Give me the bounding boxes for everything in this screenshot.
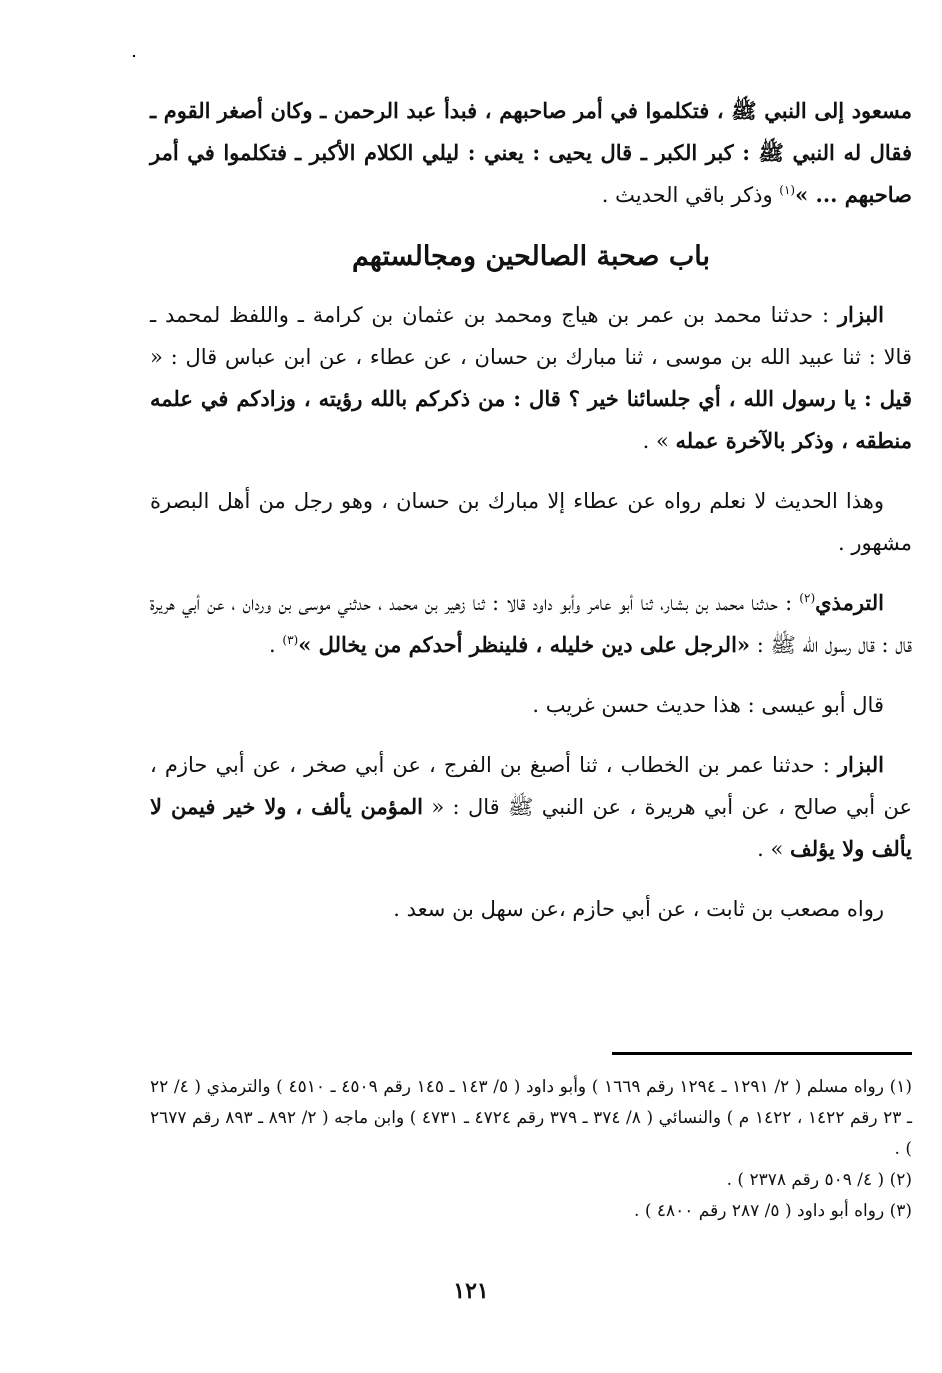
footnote-number: (١) <box>890 1077 912 1097</box>
footnote-ref-3[interactable]: (٣) <box>282 633 298 647</box>
paragraph-abu-isa: قال أبو عيسى : هذا حديث حسن غريب . <box>150 684 912 726</box>
chapter-heading: باب صحبة الصالحين ومجالستهم <box>150 234 912 280</box>
quote-tail: . <box>269 633 282 657</box>
paragraph-bazzar-1: البزار : حدثنا محمد بن عمر بن هياج ومحمد… <box>150 294 912 462</box>
footnote-2: (٢) ( ٤/ ٥٠٩ رقم ٢٣٧٨ ) . <box>150 1165 912 1196</box>
narration-note: رواه مصعب بن ثابت ، عن أبي حازم ،عن سهل … <box>393 897 884 921</box>
page-body: مسعود إلى النبي ﷺ ، فتكلموا في أمر صاحبه… <box>150 90 912 948</box>
opening-line-3-tail: وذكر باقي الحديث . <box>602 183 780 207</box>
footnotes: (١) رواه مسلم ( ٢/ ١٢٩١ ـ ١٢٩٤ رقم ١٦٦٩ … <box>150 1072 912 1227</box>
footnote-ref-1[interactable]: (١) <box>779 183 795 197</box>
quote-tail: » . <box>757 837 790 861</box>
quote-tail: » . <box>643 429 676 453</box>
speaker: الترمذي <box>815 590 884 615</box>
isnad-text: : حدثنا محمد بن عمر بن هياج ومحمد بن عثم… <box>150 303 912 369</box>
speaker: البزار <box>838 302 884 327</box>
paragraph-tirmidhi: الترمذي(٢) : حدثنا محمد بن بشار، ثنا أبو… <box>150 582 912 666</box>
comment-text: وهذا الحديث لا نعلم رواه عن عطاء إلا مبا… <box>150 489 912 555</box>
footnote-1: (١) رواه مسلم ( ٢/ ١٢٩١ ـ ١٢٩٤ رقم ١٦٦٩ … <box>150 1072 912 1165</box>
footnote-3: (٣) رواه أبو داود ( ٥/ ٢٨٧ رقم ٤٨٠٠ ) . <box>150 1196 912 1227</box>
paragraph-bazzar-2: البزار : حدثنا عمر بن الخطاب ، ثنا أصبغ … <box>150 744 912 870</box>
footnote-ref-2[interactable]: (٢) <box>799 591 815 605</box>
footnote-text: رواه أبو داود ( ٥/ ٢٨٧ رقم ٤٨٠٠ ) . <box>634 1201 884 1221</box>
grading-text: قال أبو عيسى : هذا حديث حسن غريب . <box>532 693 884 717</box>
page-number: ١٢١ <box>0 1278 942 1304</box>
footnote-divider <box>612 1052 912 1055</box>
footnote-text: رواه مسلم ( ٢/ ١٢٩١ ـ ١٢٩٤ رقم ١٦٦٩ ) وأ… <box>150 1077 912 1159</box>
speaker: البزار <box>838 752 884 777</box>
paragraph-bazzar-comment: وهذا الحديث لا نعلم رواه عن عطاء إلا مبا… <box>150 480 912 564</box>
footnote-number: (٢) <box>890 1170 912 1190</box>
opening-paragraph: مسعود إلى النبي ﷺ ، فتكلموا في أمر صاحبه… <box>150 90 912 216</box>
hadith-quote: «الرجل على دين خليله ، فلينظر أحدكم من ي… <box>298 632 750 657</box>
paragraph-musab: رواه مصعب بن ثابت ، عن أبي حازم ،عن سهل … <box>150 888 912 930</box>
hadith-quote: قيل : يا رسول الله ، أي جلسائنا خير ؟ قا… <box>150 386 912 453</box>
scan-speck <box>133 55 135 57</box>
footnote-text: ( ٤/ ٥٠٩ رقم ٢٣٧٨ ) . <box>727 1170 885 1190</box>
opening-line-1: مسعود إلى النبي ﷺ ، فتكلموا في أمر صاحبه… <box>218 98 913 123</box>
footnote-number: (٣) <box>890 1201 912 1221</box>
